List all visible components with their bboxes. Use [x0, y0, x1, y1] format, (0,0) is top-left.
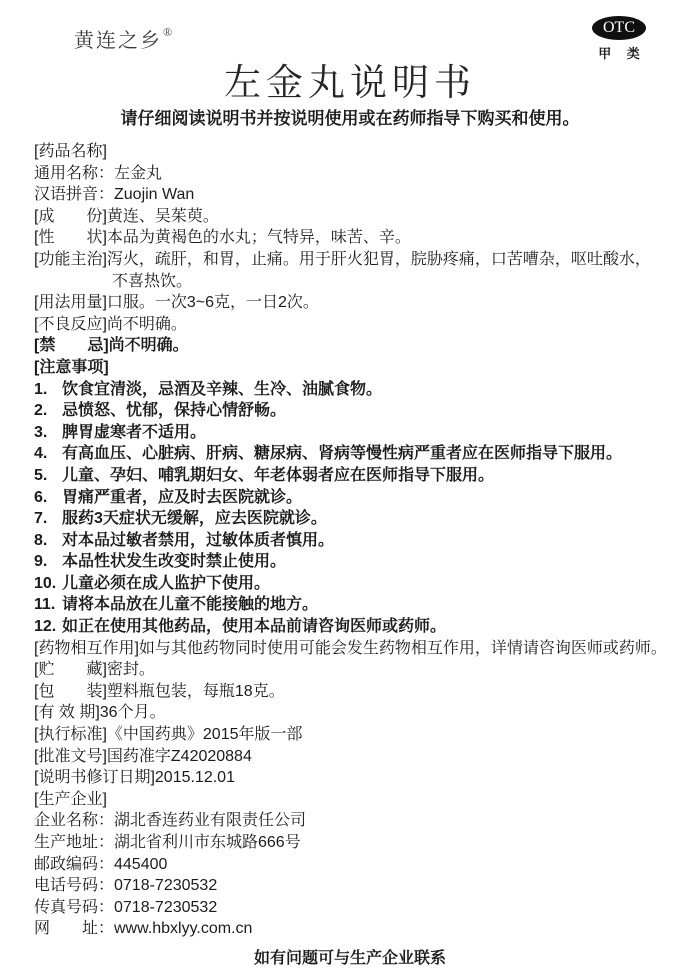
- insert-line: [功能主治]泻火，疏肝，和胃，止痛。用于肝火犯胃，脘胁疼痛，口苦嘈杂，呕吐酸水，: [34, 249, 700, 271]
- insert-header: 黄连之乡® OTC 甲 类: [0, 0, 700, 62]
- item-number: 9.: [34, 551, 62, 573]
- item-text: 本品性状发生改变时禁止使用。: [62, 553, 286, 570]
- insert-line: 生产地址：湖北省利川市东城路666号: [34, 832, 700, 854]
- insert-line: [贮 藏]密封。: [34, 659, 700, 681]
- insert-line: [说明书修订日期]2015.12.01: [34, 767, 700, 789]
- insert-line: 1.饮食宜清淡，忌酒及辛辣、生冷、油腻食物。: [34, 379, 700, 401]
- insert-body: [药品名称]通用名称：左金丸汉语拼音：Zuojin Wan[成 份]黄连、吴茱萸…: [0, 141, 700, 940]
- item-number: 12.: [34, 616, 62, 638]
- insert-line: [性 状]本品为黄褐色的水丸；气特异，味苦、辛。: [34, 227, 700, 249]
- item-text: 有高血压、心脏病、肝病、糖尿病、肾病等慢性病严重者应在医师指导下服用。: [62, 445, 622, 462]
- insert-line: 2.忌愤怒、忧郁，保持心情舒畅。: [34, 400, 700, 422]
- read-instructions-notice: 请仔细阅读说明书并按说明使用或在药师指导下购买和使用。: [0, 109, 700, 129]
- item-number: 3.: [34, 422, 62, 444]
- insert-line: 7.服药3天症状无缓解，应去医院就诊。: [34, 508, 700, 530]
- otc-badge: OTC 甲 类: [588, 12, 650, 62]
- insert-line: 11.请将本品放在儿童不能接触的地方。: [34, 594, 700, 616]
- item-text: 脾胃虚寒者不适用。: [62, 424, 206, 441]
- insert-line: 不喜热饮。: [34, 271, 700, 293]
- insert-line: [用法用量]口服。一次3~6克，一日2次。: [34, 292, 700, 314]
- insert-line: 邮政编码：445400: [34, 854, 700, 876]
- item-number: 11.: [34, 594, 62, 616]
- item-text: 服药3天症状无缓解，应去医院就诊。: [62, 510, 327, 527]
- insert-line: [注意事项]: [34, 357, 700, 379]
- item-text: 胃痛严重者，应及时去医院就诊。: [62, 489, 302, 506]
- item-number: 8.: [34, 530, 62, 552]
- item-number: 2.: [34, 400, 62, 422]
- otc-class-label: 甲 类: [594, 43, 650, 62]
- insert-line: 9.本品性状发生改变时禁止使用。: [34, 551, 700, 573]
- page-title: 左金丸说明书: [0, 62, 700, 106]
- item-number: 7.: [34, 508, 62, 530]
- drug-insert-page: 黄连之乡® OTC 甲 类 左金丸说明书 请仔细阅读说明书并按说明使用或在药师指…: [0, 0, 700, 975]
- contact-note: 如有问题可与生产企业联系: [0, 949, 700, 969]
- insert-line: 10.儿童必须在成人监护下使用。: [34, 573, 700, 595]
- brand-name: 黄连之乡: [74, 30, 162, 52]
- insert-line: 电话号码：0718-7230532: [34, 875, 700, 897]
- insert-line: 通用名称：左金丸: [34, 163, 700, 185]
- item-text: 对本品过敏者禁用，过敏体质者慎用。: [62, 532, 334, 549]
- insert-line: 网 址：www.hbxlyy.com.cn: [34, 918, 700, 940]
- insert-line: 汉语拼音：Zuojin Wan: [34, 184, 700, 206]
- item-number: 5.: [34, 465, 62, 487]
- insert-line: [有 效 期]36个月。: [34, 702, 700, 724]
- insert-line: [成 份]黄连、吴茱萸。: [34, 206, 700, 228]
- insert-line: [禁 忌]尚不明确。: [34, 335, 700, 357]
- registered-trademark-icon: ®: [163, 25, 174, 39]
- item-text: 儿童必须在成人监护下使用。: [62, 575, 270, 592]
- insert-line: 4.有高血压、心脏病、肝病、糖尿病、肾病等慢性病严重者应在医师指导下服用。: [34, 443, 700, 465]
- otc-icon: OTC: [592, 16, 646, 40]
- item-text: 请将本品放在儿童不能接触的地方。: [62, 596, 318, 613]
- otc-label: OTC: [603, 19, 635, 36]
- insert-line: 传真号码：0718-7230532: [34, 897, 700, 919]
- insert-line: [生产企业]: [34, 789, 700, 811]
- item-number: 1.: [34, 379, 62, 401]
- item-text: 儿童、孕妇、哺乳期妇女、年老体弱者应在医师指导下服用。: [62, 467, 494, 484]
- item-number: 4.: [34, 443, 62, 465]
- insert-line: 企业名称：湖北香连药业有限责任公司: [34, 810, 700, 832]
- insert-line: [批准文号]国药准字Z42020884: [34, 746, 700, 768]
- insert-line: 6.胃痛严重者，应及时去医院就诊。: [34, 487, 700, 509]
- insert-line: [药物相互作用]如与其他药物同时使用可能会发生药物相互作用，详情请咨询医师或药师…: [34, 638, 700, 660]
- insert-line: [包 装]塑料瓶包装，每瓶18克。: [34, 681, 700, 703]
- item-text: 如正在使用其他药品，使用本品前请咨询医师或药师。: [62, 618, 446, 635]
- item-text: 忌愤怒、忧郁，保持心情舒畅。: [62, 402, 286, 419]
- insert-line: [执行标准]《中国药典》2015年版一部: [34, 724, 700, 746]
- insert-line: 5.儿童、孕妇、哺乳期妇女、年老体弱者应在医师指导下服用。: [34, 465, 700, 487]
- insert-line: 3.脾胃虚寒者不适用。: [34, 422, 700, 444]
- insert-line: [药品名称]: [34, 141, 700, 163]
- insert-line: 12.如正在使用其他药品，使用本品前请咨询医师或药师。: [34, 616, 700, 638]
- brand-logo: 黄连之乡®: [74, 12, 173, 53]
- item-number: 10.: [34, 573, 62, 595]
- insert-line: 8.对本品过敏者禁用，过敏体质者慎用。: [34, 530, 700, 552]
- item-text: 饮食宜清淡，忌酒及辛辣、生冷、油腻食物。: [62, 381, 382, 398]
- insert-line: [不良反应]尚不明确。: [34, 314, 700, 336]
- item-number: 6.: [34, 487, 62, 509]
